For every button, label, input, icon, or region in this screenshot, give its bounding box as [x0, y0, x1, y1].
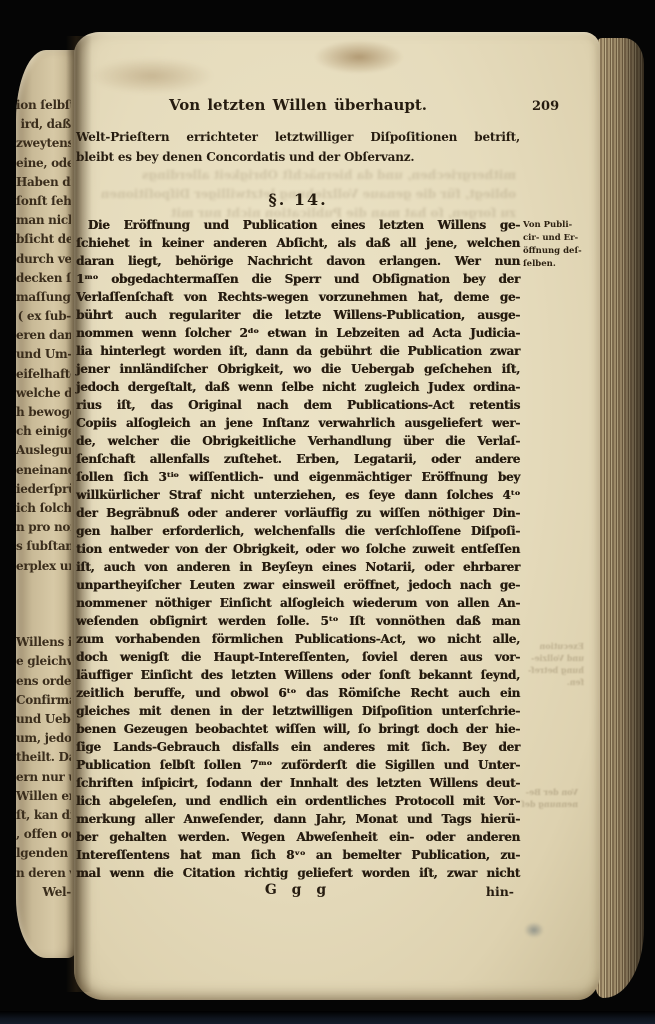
- body-line: ſchriften inſpicirt, ſodann der Innhalt …: [76, 774, 520, 792]
- left-page-line-fragment: ch einige-: [16, 422, 71, 441]
- body-line: Copiis alſogleich an jene Inſtanz verwah…: [76, 414, 520, 432]
- left-page-line-fragment: [16, 595, 71, 614]
- body-line: doch wenigſt die Haupt-Intereſſenten, ſo…: [76, 648, 520, 666]
- body-line: lich abgeleſen, und endlich ein ordentli…: [76, 792, 520, 810]
- body-line: 1ᵐᵒ obgedachtermaſſen die Sperr und Obſi…: [76, 270, 520, 288]
- left-page-line-fragment: ( ex ſub-: [16, 307, 71, 326]
- body-line: ſollen ſich 3ᵗⁱᵒ wiſſentlich- und eigenm…: [76, 468, 520, 486]
- catchword: hin-: [486, 884, 514, 899]
- show-through-line: Execution: [520, 640, 584, 652]
- margin-note-line: cir- und Er-: [523, 232, 591, 245]
- left-page-line-fragment: [16, 614, 71, 633]
- body-line: zeitlich beruffe, und obwol 6ᵗᵒ das Römi…: [76, 684, 520, 702]
- left-page-line-fragment: eifelhaften: [16, 365, 71, 384]
- body-line: daran liegt, behörige Nachricht davon er…: [76, 252, 520, 270]
- body-line: jener innländiſcher Obrigkeit, wo die Ue…: [76, 360, 520, 378]
- body-line: iſt, auch von anderen in Beyſeyn eines N…: [76, 558, 520, 576]
- left-page-line-fragment: bſicht des: [16, 230, 71, 249]
- body-line: jedoch dergeſtalt, daß wenn ſelbe nicht …: [76, 378, 520, 396]
- body-line: de, welcher die Obrigkeitliche Verhandlu…: [76, 432, 520, 450]
- left-page-line-fragment: Wel-: [16, 883, 71, 902]
- left-page-line-fragment: welche den: [16, 384, 71, 403]
- body-line: ber gehalten werden. Wegen Abweſenheit e…: [76, 828, 520, 846]
- photo-bottom-strip: [0, 1011, 655, 1024]
- left-page-line-fragment: Haben die: [16, 173, 71, 192]
- body-line: ſchiehet in keiner anderen Abſicht, als …: [76, 234, 520, 252]
- body-line: Intereſſentens hat man ſich 8ᵛᵒ an bemel…: [76, 846, 520, 864]
- body-line: gleiches mit denen in der letztwilligen …: [76, 702, 520, 720]
- body-line: der Begräbnuß oder anderer vorläuffig zu…: [76, 504, 520, 522]
- left-page-line-fragment: eren damit: [16, 326, 71, 345]
- left-page-line-fragment: eneinander: [16, 461, 71, 480]
- left-page-line-fragment: decken ſu-: [16, 269, 71, 288]
- left-page-line-fragment: ird, daß: [16, 115, 71, 134]
- body-line: unpartheyiſcher Leuten zwar einsweil erö…: [76, 576, 520, 594]
- show-through-line: mithergriechen, und da hiernächſt Obrigk…: [82, 166, 516, 185]
- body-line: rius iſt, das Original nach dem Publicat…: [76, 396, 520, 414]
- left-page-line-fragment: Confirma-: [16, 691, 71, 710]
- left-page-line-fragment: um, jedoch: [16, 729, 71, 748]
- left-page-line-fragment: ſonſt ſehr: [16, 192, 71, 211]
- left-page-line-fragment: , offen oder: [16, 825, 71, 844]
- left-page-line-fragment: ern nur un: [16, 768, 71, 787]
- left-page-line-fragment: erplex und: [16, 557, 71, 576]
- margin-note-line: Von Publi-: [523, 219, 591, 232]
- left-page-line-fragment: eine, oder: [16, 154, 71, 173]
- left-page-line-fragment: theilt. Da: [16, 748, 71, 767]
- body-line: bührt auch regulariter die letzte Willen…: [76, 306, 520, 324]
- show-through-margin-note: Executionund Vollzie-hung betref-fen.: [520, 640, 584, 688]
- body-line: läuffiger Einſicht des letzten Willens o…: [76, 666, 520, 684]
- show-through-line: hung betref-: [520, 664, 584, 676]
- body-line: ſenſchaft allenfalls zuſtehet. Erben, Le…: [76, 450, 520, 468]
- left-page-line-fragment: n pro non: [16, 518, 71, 537]
- body-line: nommener nöthiger Einſicht alſogleich wi…: [76, 594, 520, 612]
- body-line: gen halber erforderlich, welchenfalls di…: [76, 522, 520, 540]
- book-scan-photo: ion ſelbſtird, daßzweytenseine, oderHabe…: [0, 0, 655, 1024]
- left-page-line-fragment: ich ſolcher-: [16, 499, 71, 518]
- body-line: willkürlicher Straf nicht unterziehen, e…: [76, 486, 520, 504]
- left-page-line-fragment: h bewogen: [16, 403, 71, 422]
- left-page-line-fragment: maſſungen: [16, 288, 71, 307]
- body-line: ſige Lands-Gebrauch disfalls ein anderes…: [76, 738, 520, 756]
- running-title: Von letzten Willen überhaupt.: [76, 96, 520, 114]
- left-page-line-fragment: Willen erſor: [16, 787, 71, 806]
- body-line: lia hinterlegt worden iſt, dann da gebüh…: [76, 342, 520, 360]
- left-page-line-fragment: ſt, kan die: [16, 806, 71, 825]
- left-page-line-fragment: Auslegung: [16, 441, 71, 460]
- body-line: mal wenn die Citation richtig geliefert …: [76, 864, 520, 882]
- intro-paragraph: Welt-Prieſtern errichteter letztwilliger…: [76, 127, 520, 167]
- page-number: 209: [532, 99, 592, 114]
- left-page-line-fragment: durch ver-: [16, 250, 71, 269]
- left-page-line-fragment: [16, 576, 71, 595]
- margin-note-line: öffnung deſ-: [523, 245, 591, 258]
- body-line: zum vorhabenden förmlichen Publications-…: [76, 630, 520, 648]
- left-page-line-fragment: ens orden-: [16, 672, 71, 691]
- margin-note-line: ſelben.: [523, 258, 591, 271]
- body-line: merkung aller Anweſender, dann Jahr, Mon…: [76, 810, 520, 828]
- signature-mark: G g g: [76, 882, 520, 898]
- left-page-line-fragment: man nicht: [16, 211, 71, 230]
- body-line: nommen wenn ſolcher 2ᵈᵒ etwan in Lebzeit…: [76, 324, 520, 342]
- body-line: Die Eröffnung und Publication eines letz…: [76, 216, 520, 234]
- margin-note: Von Publi-cir- und Er-öffnung deſ-ſelben…: [523, 219, 591, 271]
- left-page-line-fragment: e gleichwol: [16, 652, 71, 671]
- left-page-line-fragment: iederſprüch: [16, 480, 71, 499]
- show-through-line: und Vollzie-: [520, 652, 584, 664]
- left-page-line-fragment: Willens iſt: [16, 633, 71, 652]
- intro-line: bleibt es bey denen Concordatis und der …: [76, 147, 520, 167]
- show-through-line: fen.: [520, 676, 584, 688]
- body-line: Verlaſſenſchaft von Rechts-wegen vorzune…: [76, 288, 520, 306]
- body-line: weſenden obſignirt werden ſolle. 5ᵗᵒ Iſt…: [76, 612, 520, 630]
- intro-line: Welt-Prieſtern errichteter letztwilliger…: [76, 127, 520, 147]
- body-text: Die Eröffnung und Publication eines letz…: [76, 216, 520, 882]
- left-page-edge: ion ſelbſtird, daßzweytenseine, oderHabe…: [16, 50, 78, 958]
- left-page-line-fragment: n deren von: [16, 864, 71, 883]
- body-line: benen Gezeugen beobachtet wiſſen will, ſ…: [76, 720, 520, 738]
- left-page-line-fragment: lgenden 4ᵗᵉ: [16, 844, 71, 863]
- left-page-text-fragments: ion ſelbſtird, daßzweytenseine, oderHabe…: [16, 96, 71, 902]
- page-content: mithergriechen, und da hiernächſt Obrigk…: [74, 32, 600, 1000]
- fore-edge-page-stack: [596, 38, 644, 998]
- left-page-line-fragment: s ſubſtan-: [16, 537, 71, 556]
- left-page-line-fragment: ion ſelbſt: [16, 96, 71, 115]
- body-line: Publication ſelbſt ſollen 7ᵐᵒ zuförderſt…: [76, 756, 520, 774]
- left-page-line-fragment: zweytens: [16, 134, 71, 153]
- footer-row: G g g hin-: [76, 882, 520, 902]
- left-page-line-fragment: und Um-: [16, 345, 71, 364]
- left-page-line-fragment: und Ueber-: [16, 710, 71, 729]
- body-line: tion entweder von der Obrigkeit, oder wo…: [76, 540, 520, 558]
- section-heading: §. 14.: [76, 190, 520, 209]
